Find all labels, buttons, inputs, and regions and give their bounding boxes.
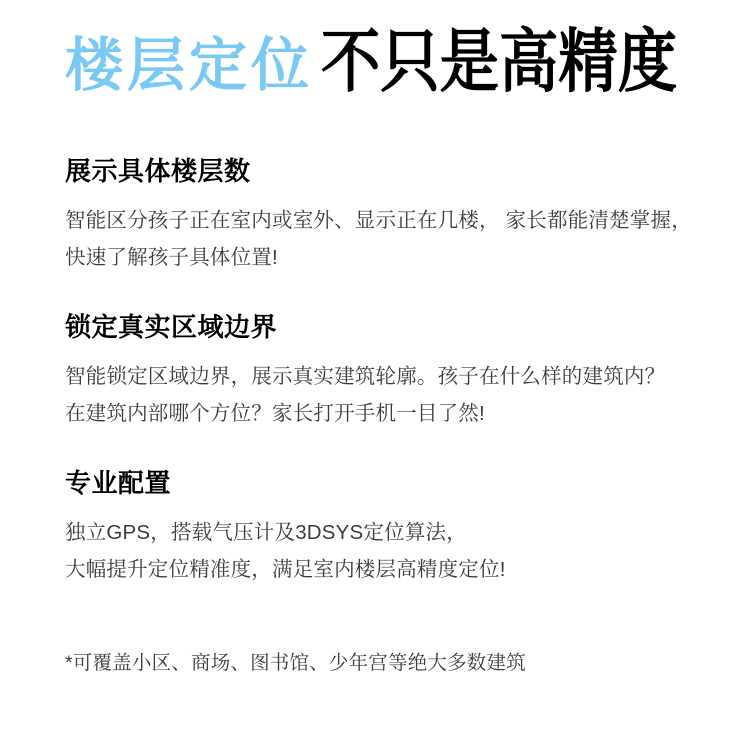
title-rest-text: 不只是高精度	[321, 24, 677, 100]
body-line: 智能锁定区域边界，展示真实建筑轮廓。孩子在什么样的建筑内？	[65, 365, 665, 388]
section-professional-config: 专业配置 独立GPS，搭载气压计及3DSYS定位算法，大幅提升定位精准度，满足室…	[65, 466, 710, 588]
body-line: 智能区分孩子正在室内或室外、显示正在几楼， 家长都能清楚掌握，	[65, 209, 692, 232]
section-heading: 专业配置	[65, 466, 710, 500]
section-heading: 锁定真实区域边界	[65, 310, 710, 344]
section-heading: 展示具体楼层数	[65, 154, 710, 188]
body-line: 独立GPS，搭载气压计及3DSYS定位算法，	[65, 521, 467, 544]
body-line: 大幅提升定位精准度，满足室内楼层高精度定位!	[65, 558, 506, 581]
page-title: 楼层定位不只是高精度	[65, 24, 710, 112]
section-body: 智能锁定区域边界，展示真实建筑轮廓。孩子在什么样的建筑内？在建筑内部哪个方位？家…	[65, 358, 710, 432]
title-highlight-text: 楼层定位	[65, 33, 313, 98]
section-lock-area-boundary: 锁定真实区域边界 智能锁定区域边界，展示真实建筑轮廓。孩子在什么样的建筑内？在建…	[65, 310, 710, 432]
body-line: 在建筑内部哪个方位？家长打开手机一目了然!	[65, 402, 485, 425]
body-line: 快速了解孩子具体位置!	[65, 246, 278, 269]
page: 楼层定位不只是高精度 展示具体楼层数 智能区分孩子正在室内或室外、显示正在几楼，…	[0, 0, 750, 733]
section-body: 独立GPS，搭载气压计及3DSYS定位算法，大幅提升定位精准度，满足室内楼层高精…	[65, 514, 710, 588]
section-body: 智能区分孩子正在室内或室外、显示正在几楼， 家长都能清楚掌握，快速了解孩子具体位…	[65, 202, 710, 276]
footnote: *可覆盖小区、商场、图书馆、少年宫等绝大多数建筑	[65, 648, 710, 678]
section-show-floor-number: 展示具体楼层数 智能区分孩子正在室内或室外、显示正在几楼， 家长都能清楚掌握，快…	[65, 154, 710, 276]
